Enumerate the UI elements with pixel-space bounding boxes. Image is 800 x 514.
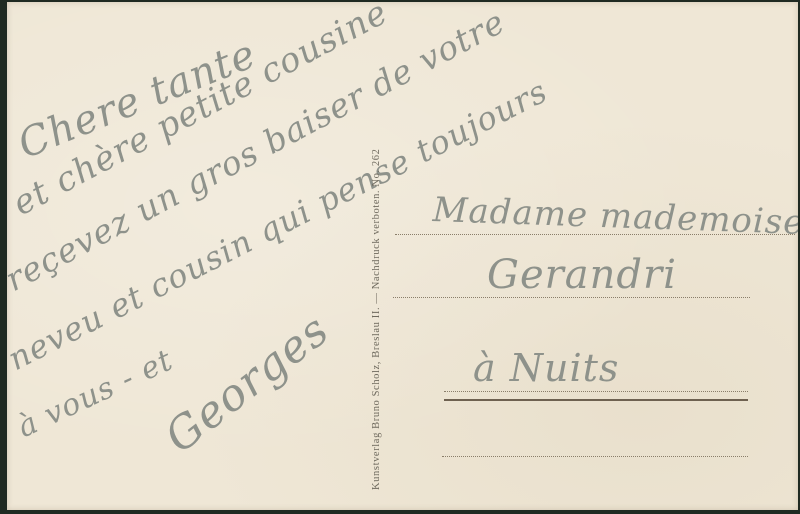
address-line-3-underline	[444, 399, 748, 401]
address-line-3: à Nuits	[473, 346, 619, 390]
publisher-imprint: Kunstverlag Bruno Scholz, Breslau II. — …	[371, 149, 382, 490]
address-line-1: Madame mademoiselle	[432, 190, 798, 245]
address-line-3-rule	[444, 391, 748, 392]
address-line-4-rule	[442, 456, 748, 457]
postcard-back: Chere tante et chère petite cousine reçe…	[7, 2, 798, 510]
address-line-2: Gerandri	[487, 252, 677, 298]
signature: Georges	[156, 304, 339, 463]
